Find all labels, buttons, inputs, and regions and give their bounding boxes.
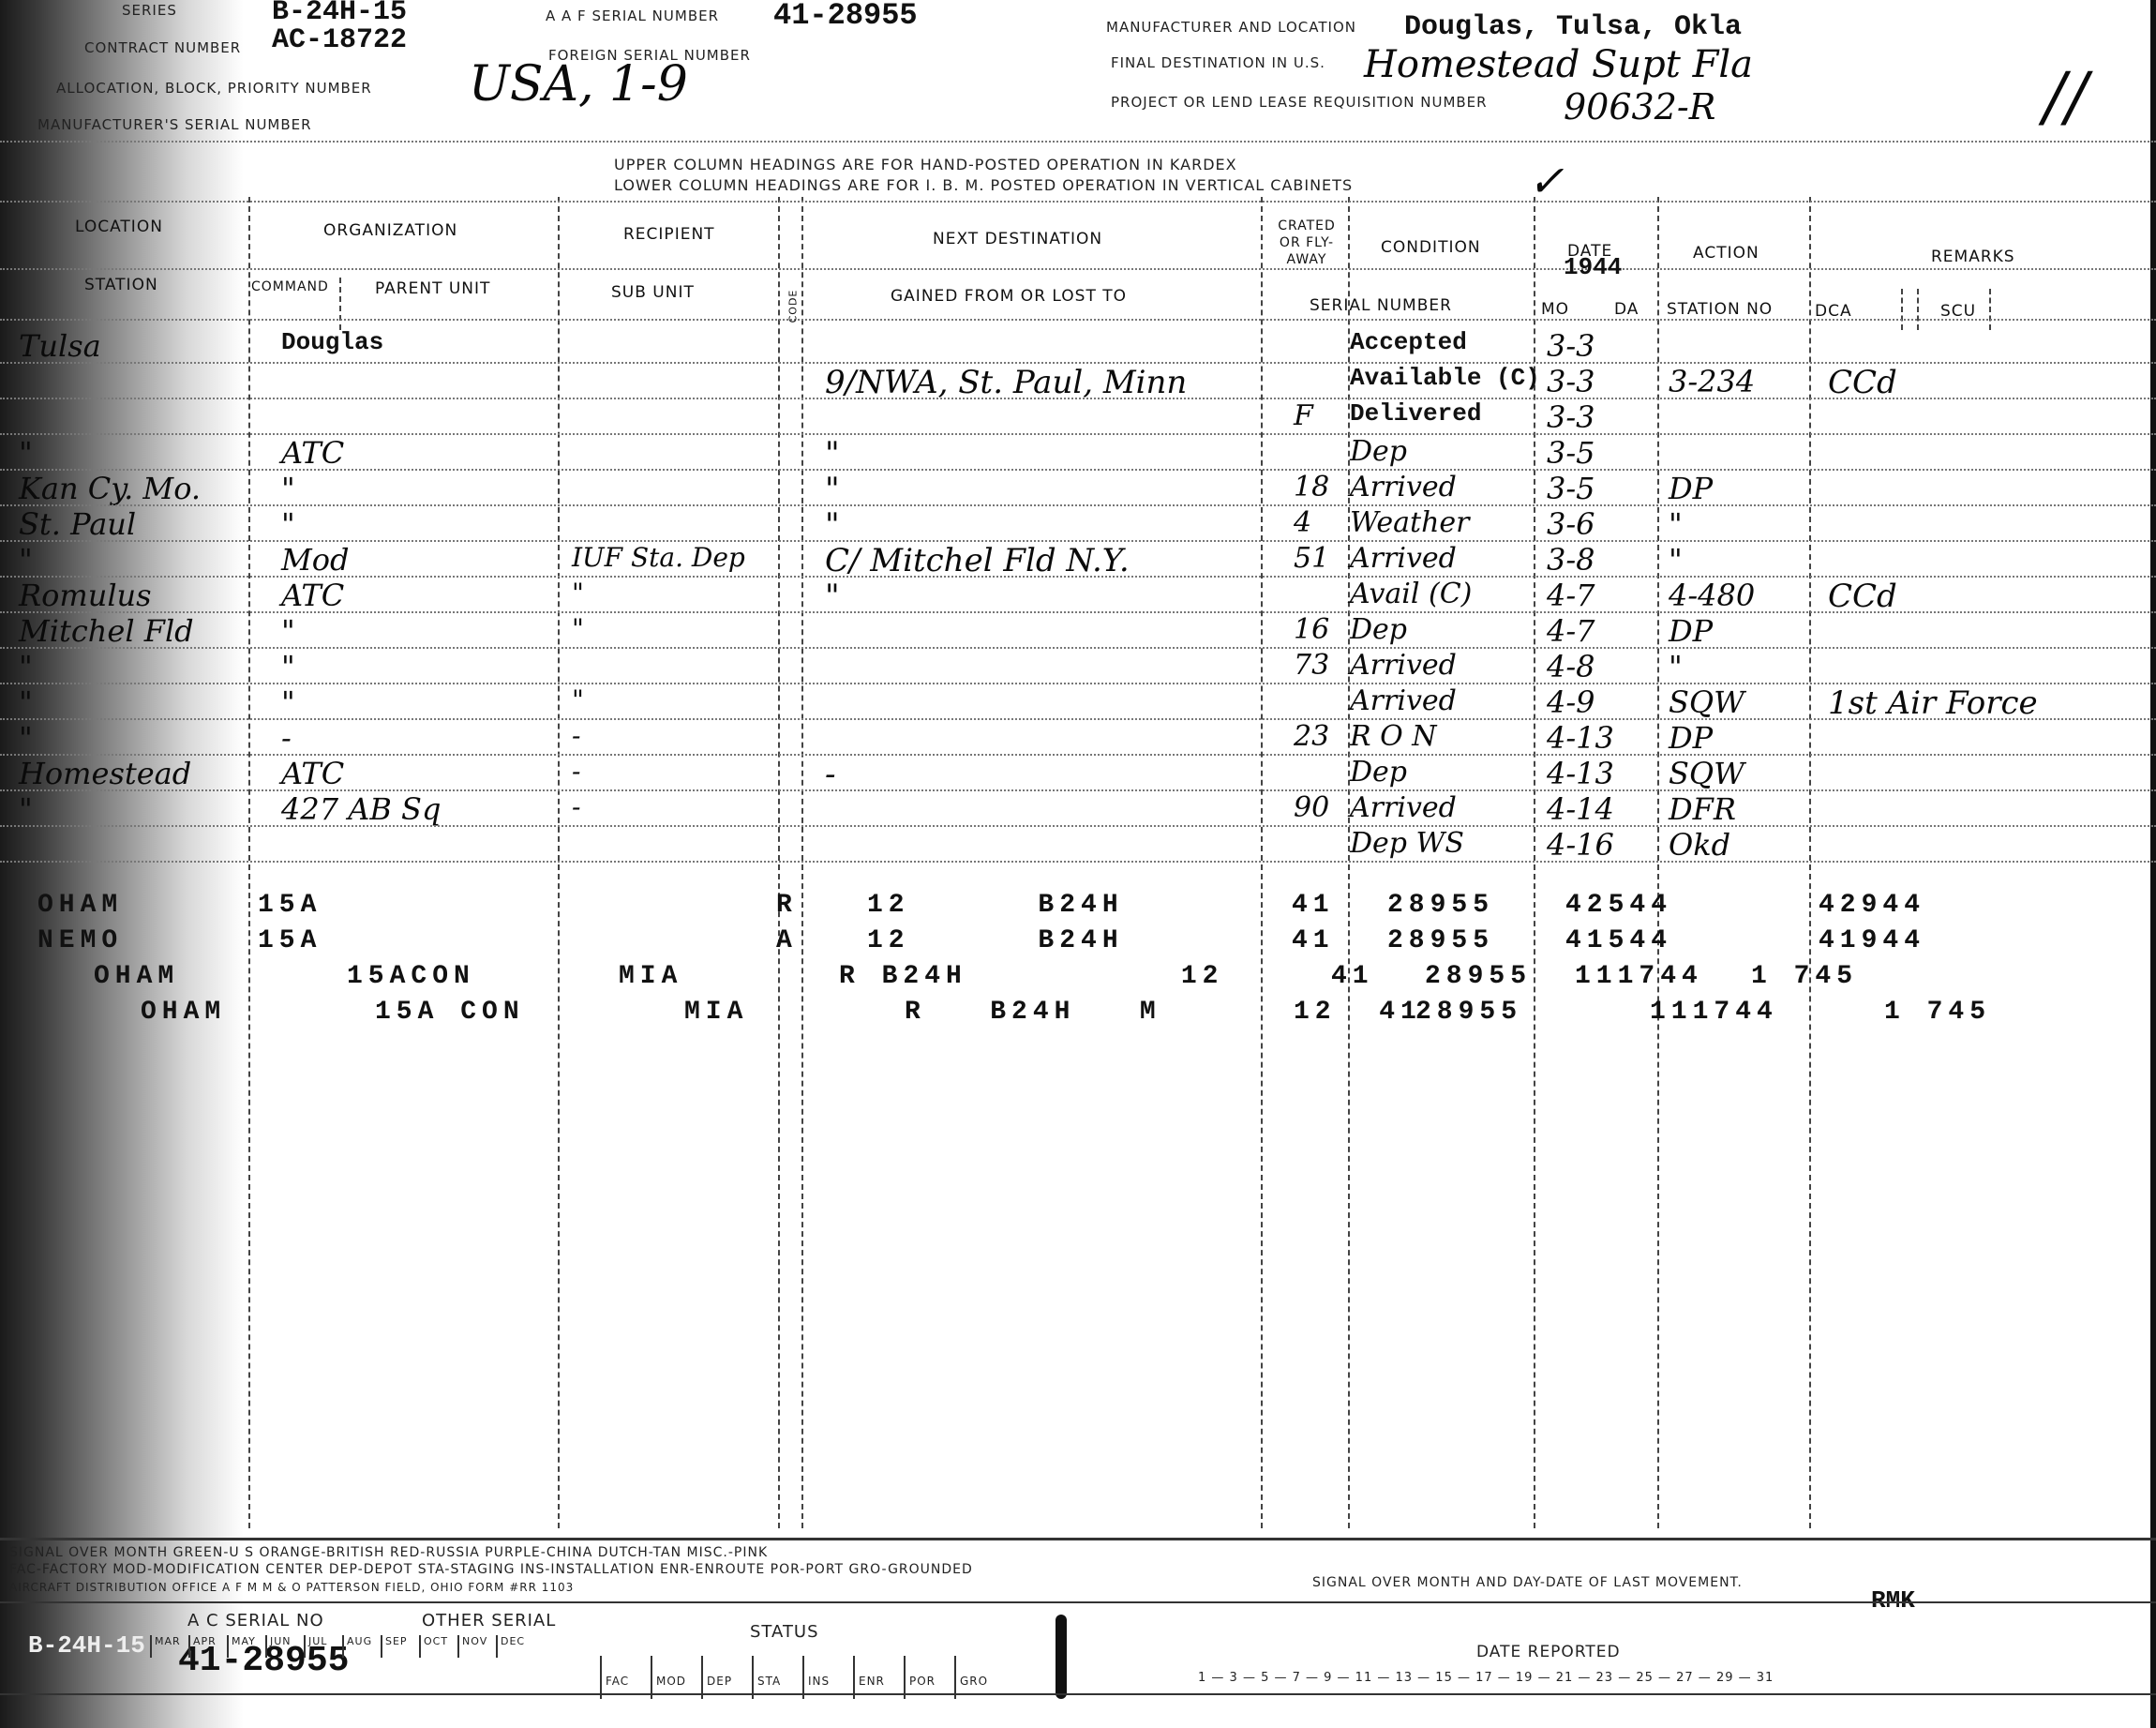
legend-line-2: FAC-FACTORY MOD-MODIFICATION CENTER DEP-… [9, 1562, 973, 1577]
entry-date: 4-9 [1547, 684, 1595, 720]
margin-tally-mark: // [2044, 58, 2088, 135]
heading-station: STATION [84, 276, 158, 294]
ac-serial-label: A C SERIAL NO [187, 1611, 324, 1630]
month-box: NOV [457, 1635, 496, 1658]
manufacturer-serial-label: MANUFACTURER'S SERIAL NUMBER [37, 116, 312, 133]
typed-sub-unit: MIA [684, 998, 748, 1027]
typed-gained: 12 B24H [867, 926, 1124, 955]
entry-action: SQW [1669, 756, 1744, 791]
entry-date: 4-7 [1547, 613, 1595, 649]
entry-organization: ATC [281, 435, 344, 471]
entry-action: " [1669, 506, 1683, 542]
entry-action: 3-234 [1669, 364, 1755, 399]
col-divider [1917, 289, 1919, 330]
entry-location: " [19, 684, 33, 720]
typed-date: 111744 [1650, 998, 1778, 1027]
entry-action: 4-480 [1669, 578, 1755, 613]
date-reported-label: DATE REPORTED [1476, 1643, 1621, 1661]
entry-recipient: - [572, 756, 580, 787]
entry-organization: Mod [281, 542, 350, 578]
entry-organization: ATC [281, 578, 344, 613]
entry-action: DFR [1669, 791, 1736, 827]
heading-condition: CONDITION [1381, 238, 1481, 257]
aaf-serial-label: A A F SERIAL NUMBER [546, 8, 719, 24]
row-divider [0, 398, 2156, 399]
instruction-lower: LOWER COLUMN HEADINGS ARE FOR I. B. M. P… [614, 176, 1353, 194]
col-divider [1901, 289, 1903, 330]
typed-command: 15ACON [347, 962, 475, 991]
other-serial-label: OTHER SERIAL [422, 1611, 556, 1630]
row-divider [0, 718, 2156, 720]
entry-date: 4-16 [1547, 827, 1614, 863]
heading-remarks: REMARKS [1931, 248, 2015, 266]
entry-organization: ATC [281, 756, 344, 791]
series-label: SERIES [122, 2, 177, 19]
project-label: PROJECT OR LEND LEASE REQUISITION NUMBER [1111, 94, 1488, 111]
col-divider [248, 197, 250, 1528]
row-divider [0, 647, 2156, 649]
heading-next-destination: NEXT DESTINATION [933, 230, 1102, 248]
typed-command: 15A [258, 926, 322, 955]
aaf-serial-value: 41-28955 [773, 0, 918, 33]
office-line: AIRCRAFT DISTRIBUTION OFFICE A F M M & O… [9, 1581, 574, 1594]
entry-date: 3-3 [1547, 328, 1595, 364]
contract-label: CONTRACT NUMBER [84, 39, 241, 56]
scan-right-edge [2150, 0, 2156, 1728]
model-value: B-24H-15 [28, 1631, 145, 1660]
typed-station: OHAM [94, 962, 179, 991]
date-reported-ticks: 1 — 3 — 5 — 7 — 9 — 11 — 13 — 15 — 17 — … [1198, 1671, 1774, 1685]
footer-bottom-line [0, 1693, 2156, 1695]
entry-destination: - [825, 756, 836, 793]
entry-condition: Dep [1350, 613, 1407, 646]
row-divider [0, 825, 2156, 827]
month-box: AUG [342, 1635, 381, 1658]
entry-date: 3-5 [1547, 435, 1595, 471]
entry-location: Mitchel Fld [19, 613, 194, 649]
typed-gained: R B24H 12 [839, 962, 1223, 991]
entry-condition: R O N [1350, 720, 1437, 753]
typed-serial: 28955 [1415, 998, 1522, 1027]
heading-scu: SCU [1940, 302, 1976, 321]
month-box: DEC [496, 1635, 534, 1658]
entry-date: 4-13 [1547, 756, 1614, 791]
entry-condition: Avail (C) [1350, 578, 1472, 610]
heading-recipient: RECIPIENT [623, 225, 715, 244]
entry-date: 3-5 [1547, 471, 1595, 506]
entry-location: Kan Cy. Mo. [19, 471, 201, 506]
heading-command: COMMAND [251, 279, 329, 294]
entry-date: 3-8 [1547, 542, 1595, 578]
entry-location: Homestead [19, 756, 191, 791]
month-box: JUN [265, 1635, 304, 1658]
col-divider [1534, 197, 1535, 1528]
heading-organization: ORGANIZATION [323, 221, 457, 240]
entry-remarks: CCd [1828, 364, 1897, 401]
entry-location: " [19, 791, 33, 827]
entry-action: " [1669, 542, 1683, 578]
heading-sub-unit: SUB UNIT [611, 283, 695, 302]
entry-action: DP [1669, 613, 1713, 649]
entry-organization: " [281, 684, 295, 720]
heading-gained-lost: GAINED FROM OR LOST TO [891, 287, 1127, 306]
entry-destination: " [825, 578, 840, 615]
row-divider [0, 268, 2156, 270]
heading-mo: MO [1541, 300, 1569, 319]
entry-organization: " [281, 613, 295, 649]
entry-date: 4-8 [1547, 649, 1595, 684]
entry-condition: Arrived [1350, 649, 1457, 682]
heading-parent-unit: PARENT UNIT [375, 279, 490, 298]
entry-date: 3-6 [1547, 506, 1595, 542]
typed-action: 1 745 [1884, 998, 1991, 1027]
entry-action: DP [1669, 720, 1713, 756]
footer-divider [0, 1601, 2156, 1603]
manufacturer-location-label: MANUFACTURER AND LOCATION [1106, 19, 1356, 36]
entry-location: " [19, 649, 33, 684]
col-divider [1348, 197, 1350, 1528]
entry-location: " [19, 542, 33, 578]
typed-gained: 12 B24H [867, 891, 1124, 920]
allocation-label: ALLOCATION, BLOCK, PRIORITY NUMBER [56, 80, 372, 97]
entry-condition: Delivered [1350, 399, 1481, 428]
entry-destination: " [825, 471, 840, 508]
month-box: OCT [419, 1635, 457, 1658]
entry-destination: " [825, 506, 840, 544]
entry-destination: 9/NWA, St. Paul, Minn [825, 364, 1187, 401]
entry-action: DP [1669, 471, 1713, 506]
entry-crated: 73 [1294, 649, 1329, 682]
footer-divider [0, 1538, 2156, 1540]
final-destination-value: Homestead Supt Fla [1364, 43, 1753, 86]
col-divider [1989, 289, 1991, 330]
col-divider [1261, 197, 1263, 1528]
typed-gained: R B24H M [905, 998, 1161, 1027]
entry-date: 4-7 [1547, 578, 1595, 613]
col-divider [778, 197, 780, 1528]
typed-date: 41544 [1565, 926, 1672, 955]
entry-condition: Dep [1350, 756, 1407, 789]
month-box: APR [188, 1635, 227, 1658]
entry-date: 3-3 [1547, 399, 1595, 435]
typed-serial-prefix: 41 [1331, 962, 1374, 991]
typed-action: 42944 [1819, 891, 1925, 920]
entry-date: 4-13 [1547, 720, 1614, 756]
typed-serial: 28955 [1387, 891, 1494, 920]
typed-serial: 28955 [1425, 962, 1532, 991]
typed-station: OHAM [141, 998, 226, 1027]
entry-condition: Dep WS [1350, 827, 1464, 860]
entry-crated: 90 [1294, 791, 1329, 824]
status-label: STATUS [750, 1622, 819, 1642]
scan-shadow-edge [0, 0, 244, 1728]
typed-date: 111744 [1575, 962, 1703, 991]
entry-date: 3-3 [1547, 364, 1595, 399]
typed-action: 1 745 [1751, 962, 1858, 991]
row-divider [0, 611, 2156, 613]
entry-destination: C/ Mitchel Fld N.Y. [825, 542, 1130, 579]
entry-crated: 23 [1294, 720, 1329, 753]
month-box: JUL [304, 1635, 342, 1658]
entry-organization: - [281, 720, 292, 756]
heading-location: LOCATION [75, 218, 163, 236]
entry-remarks: CCd [1828, 578, 1897, 615]
manufacturer-location-value: Douglas, Tulsa, Okla [1404, 11, 1742, 43]
entry-location: Tulsa [19, 328, 101, 364]
legend-line-3: SIGNAL OVER MONTH AND DAY-DATE OF LAST M… [1312, 1575, 1743, 1590]
month-box: SEP [381, 1635, 419, 1658]
entry-recipient: - [572, 720, 580, 751]
header-divider [0, 141, 2156, 143]
row-divider [0, 861, 2156, 863]
heading-crated-fly-away: CRATED OR FLY-AWAY [1265, 218, 1348, 268]
entry-condition: Weather [1350, 506, 1470, 539]
typed-code: R [776, 891, 798, 920]
typed-serial: 28955 [1387, 926, 1494, 955]
entry-condition: Dep [1350, 435, 1407, 468]
legend-line-1: SIGNAL OVER MONTH GREEN-U S ORANGE-BRITI… [9, 1545, 768, 1560]
entry-crated: 18 [1294, 471, 1329, 503]
typed-command: 15A CON [375, 998, 525, 1027]
row-divider [0, 469, 2156, 471]
entry-location: St. Paul [19, 506, 136, 542]
typed-date: 42544 [1565, 891, 1672, 920]
final-destination-label: FINAL DESTINATION IN U.S. [1111, 54, 1325, 71]
row-divider [0, 201, 2156, 203]
entry-recipient: " [572, 613, 584, 644]
typed-action: 41944 [1819, 926, 1925, 955]
col-divider [558, 197, 560, 1528]
entry-condition: Arrived [1350, 791, 1457, 824]
heading-da: DA [1614, 300, 1639, 319]
entry-condition: Arrived [1350, 684, 1457, 717]
row-divider [0, 504, 2156, 506]
entry-condition: Arrived [1350, 471, 1457, 503]
heading-serial-number: SERIAL NUMBER [1310, 296, 1452, 315]
heading-dca: DCA [1815, 302, 1852, 321]
heading-code: CODE [786, 290, 799, 323]
month-box: MAY [227, 1635, 265, 1658]
typed-station: OHAM [37, 891, 123, 920]
entry-recipient: - [572, 791, 580, 822]
heading-station-no: STATION NO [1667, 300, 1773, 319]
project-value: 90632-R [1564, 86, 1715, 128]
entry-action: SQW [1669, 684, 1744, 720]
col-divider [1657, 197, 1659, 1528]
month-box: MAR [150, 1635, 188, 1658]
entry-recipient: IUF Sta. Dep [572, 542, 745, 573]
typed-serial-prefix: 41 [1292, 891, 1335, 920]
entry-crated: 4 [1294, 506, 1311, 539]
typed-sub-unit: MIA [619, 962, 682, 991]
entry-condition: Accepted [1350, 328, 1467, 356]
entry-crated: 16 [1294, 613, 1329, 646]
typed-command: 15A [258, 891, 322, 920]
entry-date: 4-14 [1547, 791, 1614, 827]
entry-organization: Douglas [281, 328, 383, 356]
entry-recipient: " [572, 578, 584, 609]
entry-location: " [19, 435, 33, 471]
foreign-serial-value: USA, 1-9 [469, 56, 688, 113]
entry-condition: Available (C) [1350, 364, 1540, 392]
entry-remarks: 1st Air Force [1828, 684, 2038, 722]
typed-station: NEMO [37, 926, 123, 955]
col-divider [801, 197, 803, 1528]
typed-code: A [776, 926, 798, 955]
contract-value: AC-18722 [272, 24, 407, 56]
entry-action: " [1669, 649, 1683, 684]
typed-serial-prefix: 12 41 [1294, 998, 1422, 1027]
heading-year: 1944 [1564, 253, 1622, 281]
entry-location: Romulus [19, 578, 152, 613]
entry-recipient: " [572, 684, 584, 715]
typed-serial-prefix: 41 [1292, 926, 1335, 955]
entry-action: Okd [1669, 827, 1730, 863]
col-divider [339, 278, 341, 330]
entry-organization: " [281, 649, 295, 684]
entry-location: " [19, 720, 33, 756]
month-signal-row: MARAPRMAYJUNJULAUGSEPOCTNOVDEC [150, 1635, 534, 1658]
entry-organization: " [281, 506, 295, 542]
col-divider [1809, 197, 1811, 1528]
card-tab-marker [1056, 1615, 1067, 1699]
entry-organization: " [281, 471, 295, 506]
stamp: RMK [1871, 1586, 1915, 1615]
entry-crated: F [1294, 399, 1313, 432]
heading-action: ACTION [1693, 244, 1759, 263]
instruction-upper: UPPER COLUMN HEADINGS ARE FOR HAND-POSTE… [614, 156, 1237, 173]
entry-organization: 427 AB Sq [281, 791, 441, 827]
entry-condition: Arrived [1350, 542, 1457, 575]
entry-crated: 51 [1294, 542, 1329, 575]
entry-destination: " [825, 435, 840, 473]
